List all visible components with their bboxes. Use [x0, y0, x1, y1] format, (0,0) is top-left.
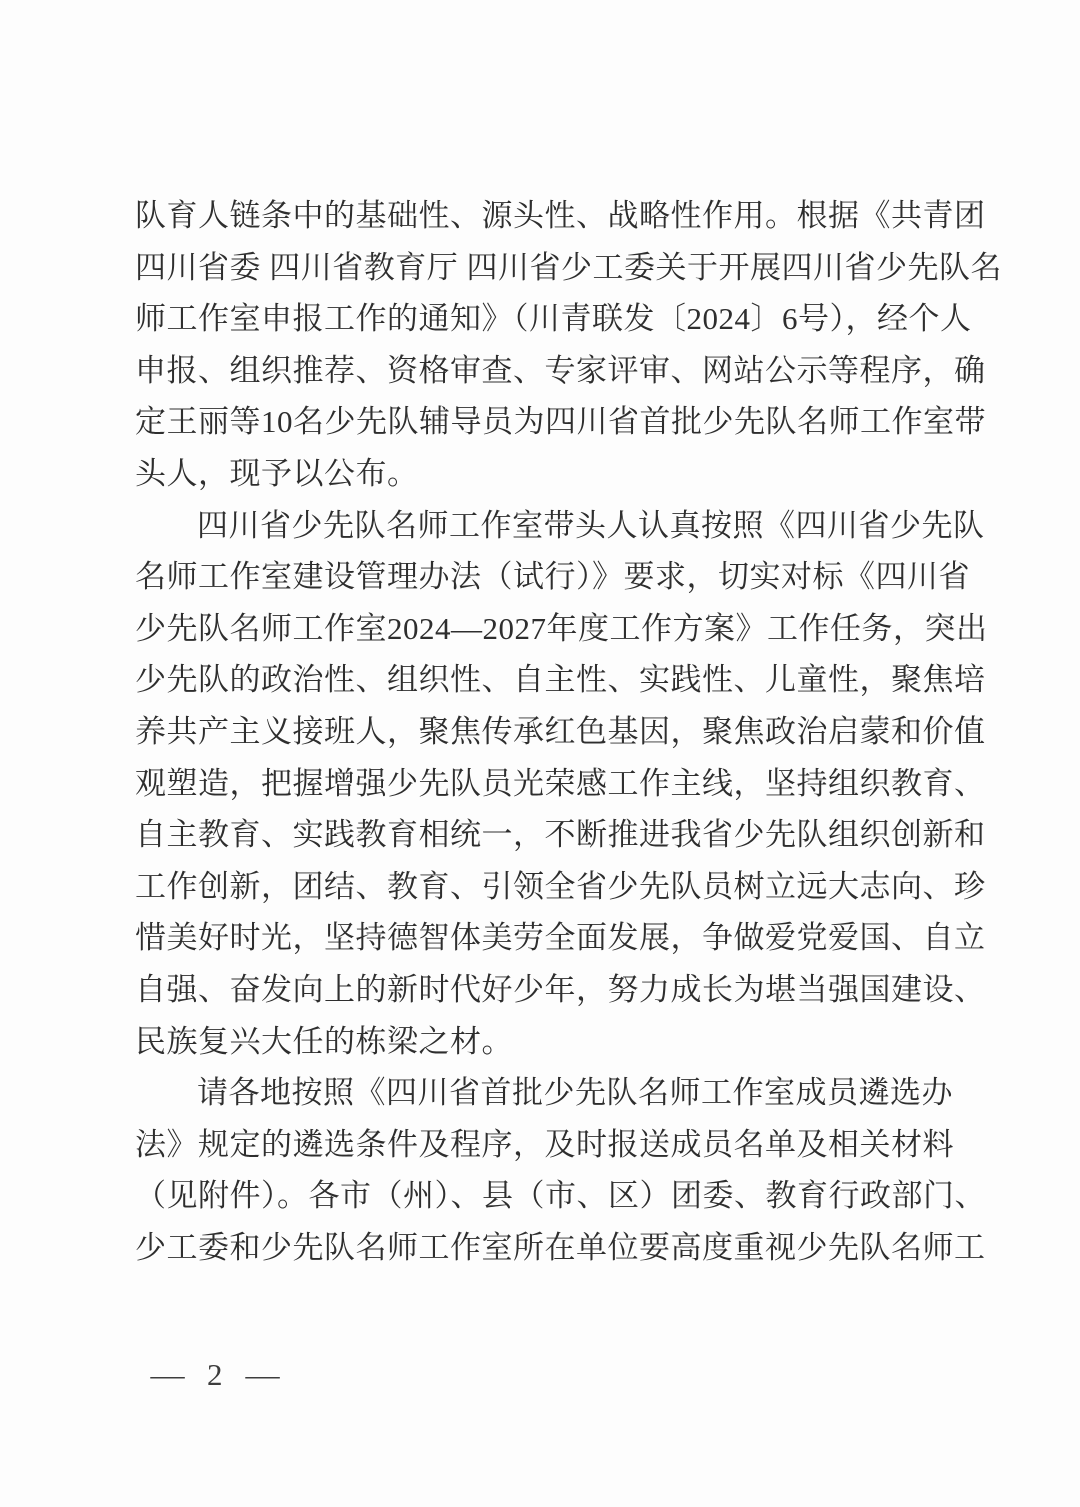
footer-dash-right: — — [245, 1355, 279, 1395]
text-line: 师工作室申报工作的通知》（川青联发〔2024〕6号），经个人 — [135, 293, 950, 345]
text-line: 队育人链条中的基础性、源头性、战略性作用。根据《共青团 — [135, 190, 950, 242]
text-line: 少工委和少先队名师工作室所在单位要高度重视少先队名师工 — [135, 1222, 950, 1274]
text-line: （见附件）。各市（州）、县（市、区）团委、教育行政部门、 — [135, 1170, 950, 1222]
text-line: 自强、奋发向上的新时代好少年，努力成长为堪当强国建设、 — [135, 964, 950, 1016]
text-line: 头人，现予以公布。 — [135, 448, 950, 500]
text-line: 法》规定的遴选条件及程序，及时报送成员名单及相关材料 — [135, 1119, 950, 1171]
text-line: 民族复兴大任的栋梁之材。 — [135, 1016, 950, 1068]
footer-dash-left: — — [150, 1355, 184, 1395]
text-line-paragraph-start: 请各地按照《四川省首批少先队名师工作室成员遴选办 — [135, 1067, 950, 1119]
text-line: 定王丽等10名少先队辅导员为四川省首批少先队名师工作室带 — [135, 396, 950, 448]
text-line: 名师工作室建设管理办法（试行）》要求，切实对标《四川省 — [135, 551, 950, 603]
text-line: 观塑造，把握增强少先队员光荣感工作主线，坚持组织教育、 — [135, 758, 950, 810]
text-line: 申报、组织推荐、资格审查、专家评审、网站公示等程序，确 — [135, 345, 950, 397]
text-line: 四川省委 四川省教育厅 四川省少工委关于开展四川省少先队名 — [135, 242, 950, 294]
document-page: 队育人链条中的基础性、源头性、战略性作用。根据《共青团 四川省委 四川省教育厅 … — [0, 0, 1080, 1507]
page-number: 2 — [207, 1355, 223, 1395]
page-footer: — 2 — — [152, 1355, 278, 1395]
text-line: 少先队的政治性、组织性、自主性、实践性、儿童性，聚焦培 — [135, 654, 950, 706]
text-line: 少先队名师工作室2024—2027年度工作方案》工作任务，突出 — [135, 603, 950, 655]
text-line: 自主教育、实践教育相统一，不断推进我省少先队组织创新和 — [135, 809, 950, 861]
text-line: 养共产主义接班人，聚焦传承红色基因，聚焦政治启蒙和价值 — [135, 706, 950, 758]
document-body-text: 队育人链条中的基础性、源头性、战略性作用。根据《共青团 四川省委 四川省教育厅 … — [135, 190, 950, 1273]
text-line: 工作创新，团结、教育、引领全省少先队员树立远大志向、珍 — [135, 861, 950, 913]
text-line-paragraph-start: 四川省少先队名师工作室带头人认真按照《四川省少先队 — [135, 500, 950, 552]
text-line: 惜美好时光，坚持德智体美劳全面发展，争做爱党爱国、自立 — [135, 912, 950, 964]
